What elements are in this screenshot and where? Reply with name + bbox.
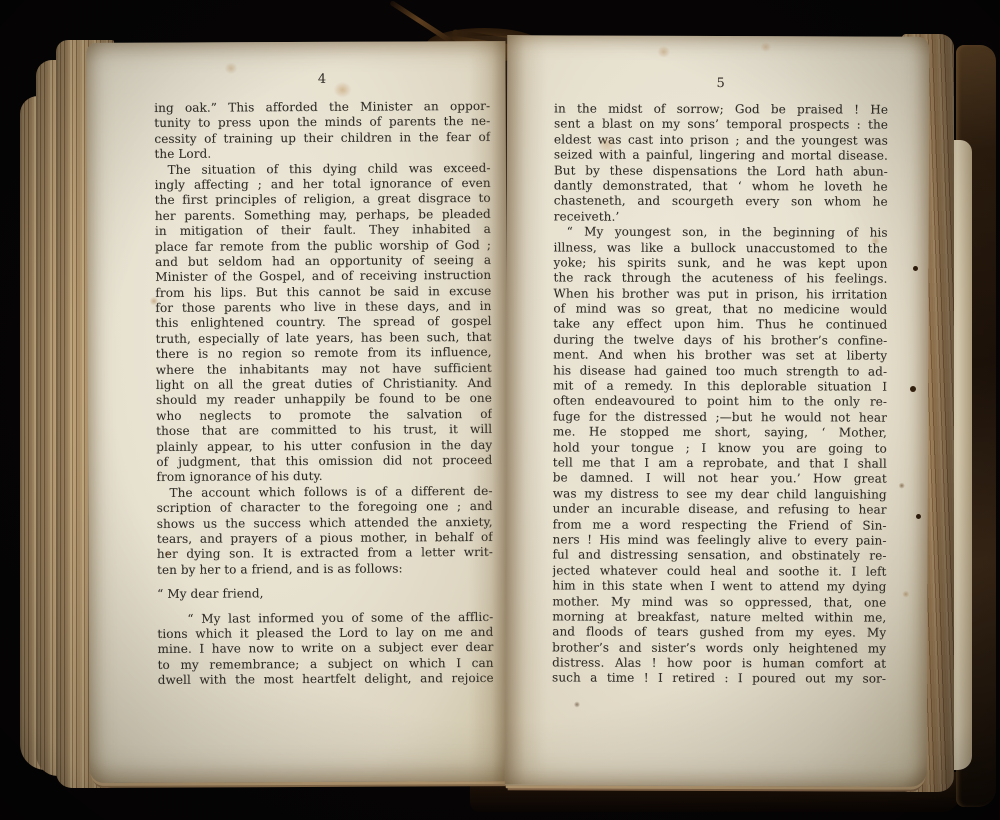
text-line: fuge for the distressed ;—but he would n… bbox=[553, 409, 887, 426]
text-line: “ My youngest son, in the beginning of h… bbox=[554, 225, 888, 242]
foxing-spot bbox=[760, 42, 771, 52]
page-text-left: ing oak.” This afforded the Minister an … bbox=[154, 99, 494, 688]
text-line: this enlightened country. The spread of … bbox=[155, 314, 491, 331]
text-line: tunity to press upon the minds of parent… bbox=[154, 114, 490, 131]
text-line: him in this state when I went to attend … bbox=[552, 579, 886, 596]
text-line: of judgment, that this omission did not … bbox=[156, 453, 492, 470]
text-line: be damned. I will not hear you.’ How gre… bbox=[553, 471, 887, 488]
text-line: scription of character to the foregoing … bbox=[157, 499, 493, 516]
text-line: dantly demonstrated, that ‘ whom he love… bbox=[554, 178, 888, 195]
foxing-spot bbox=[657, 46, 670, 58]
foxing-spot bbox=[899, 483, 905, 489]
text-line: When his brother was put in prison, his … bbox=[553, 286, 887, 303]
text-line: Minister of the Gospel, and of receiving… bbox=[155, 268, 491, 285]
text-line: receiveth.’ bbox=[554, 209, 888, 226]
text-line: mine. I have now to write on a subject e… bbox=[157, 640, 493, 657]
text-line: tell me that I am a reprobate, and that … bbox=[553, 455, 887, 472]
photo-background: 4 ing oak.” This afforded the Minister a… bbox=[0, 0, 1000, 820]
page-text-right: in the midst of sorrow; God be praised !… bbox=[552, 101, 888, 687]
text-line: sent a blast on my sons’ temporal prospe… bbox=[554, 117, 888, 134]
text-line: But by these dispensations the Lord hath… bbox=[554, 163, 888, 180]
text-line: such a time ! I retired : I poured out m… bbox=[552, 671, 886, 688]
text-line: dwell with the most heartfelt delight, a… bbox=[158, 671, 494, 688]
text-line: the first principles of religion, a grea… bbox=[155, 191, 491, 208]
page-number-left: 4 bbox=[155, 71, 491, 87]
text-line: me. He stopped me short, saying, ‘ Mothe… bbox=[553, 425, 887, 442]
text-line: of mind was so great, that no medicine w… bbox=[553, 302, 887, 319]
text-line: his disease had gained too much strength… bbox=[553, 363, 887, 380]
text-line: the rack through the acuteness of his fe… bbox=[553, 271, 887, 288]
text-line: and floods of tears gushed from my eyes.… bbox=[552, 625, 886, 642]
text-line: cessity of training up their children in… bbox=[154, 130, 490, 147]
page-number-right: 5 bbox=[554, 75, 888, 91]
text-line: there is no region so remote from its in… bbox=[156, 345, 492, 362]
foxing-spot bbox=[902, 591, 909, 598]
text-line: in mitigation of their fault. They inhab… bbox=[155, 222, 491, 239]
text-line: hold your tongue ; I know you are going … bbox=[553, 440, 887, 457]
text-line: mother. My mind was so oppressed, that, … bbox=[552, 594, 886, 611]
text-line: under an incurable disease, and refusing… bbox=[553, 502, 887, 519]
foxing-spot bbox=[574, 702, 580, 708]
text-line: eldest was cast into prison ; and the yo… bbox=[554, 132, 888, 149]
text-line: seized with a painful, lingering and mor… bbox=[554, 148, 888, 165]
text-line: brother’s and sister’s words only height… bbox=[552, 640, 886, 657]
text-line: ful and distressing sensation, and obsti… bbox=[552, 548, 886, 565]
text-line: mit of a remedy. In this deplorable situ… bbox=[553, 378, 887, 395]
text-line: those that are committed to his trust, i… bbox=[156, 422, 492, 439]
page-left: 4 ing oak.” This afforded the Minister a… bbox=[86, 41, 508, 783]
text-line: illness, was like a bullock unaccustomed… bbox=[554, 240, 888, 257]
text-line: her dying son. It is extracted from a le… bbox=[157, 545, 493, 562]
page-right: 5 in the midst of sorrow; God be praised… bbox=[505, 35, 930, 786]
text-line: yoke; his spirits sunk, and he was kept … bbox=[553, 255, 887, 272]
text-line: ment. And when his brother was set at li… bbox=[553, 348, 887, 365]
text-line: often endeavoured to point him to the on… bbox=[553, 394, 887, 411]
text-line: in the midst of sorrow; God be praised !… bbox=[554, 101, 888, 118]
text-line: from me a word respecting the Friend of … bbox=[553, 517, 887, 534]
text-line: chasteneth, and scourgeth every son whom… bbox=[554, 194, 888, 211]
text-line: during the twelve days of his brother’s … bbox=[553, 332, 887, 349]
text-line: distress. Alas ! how poor is human comfo… bbox=[552, 655, 886, 672]
text-line: morning at breakfast, nature melted with… bbox=[552, 609, 886, 626]
text-line: should my reader unhappily be found to b… bbox=[156, 391, 492, 408]
text-line: ners ! His mind was feelingly alive to e… bbox=[553, 532, 887, 549]
text-line: jected whatever could heal and soothe it… bbox=[552, 563, 886, 580]
text-line: was my distress to see my dear child lan… bbox=[553, 486, 887, 503]
text-line: take any effect upon him. Thus he contin… bbox=[553, 317, 887, 334]
